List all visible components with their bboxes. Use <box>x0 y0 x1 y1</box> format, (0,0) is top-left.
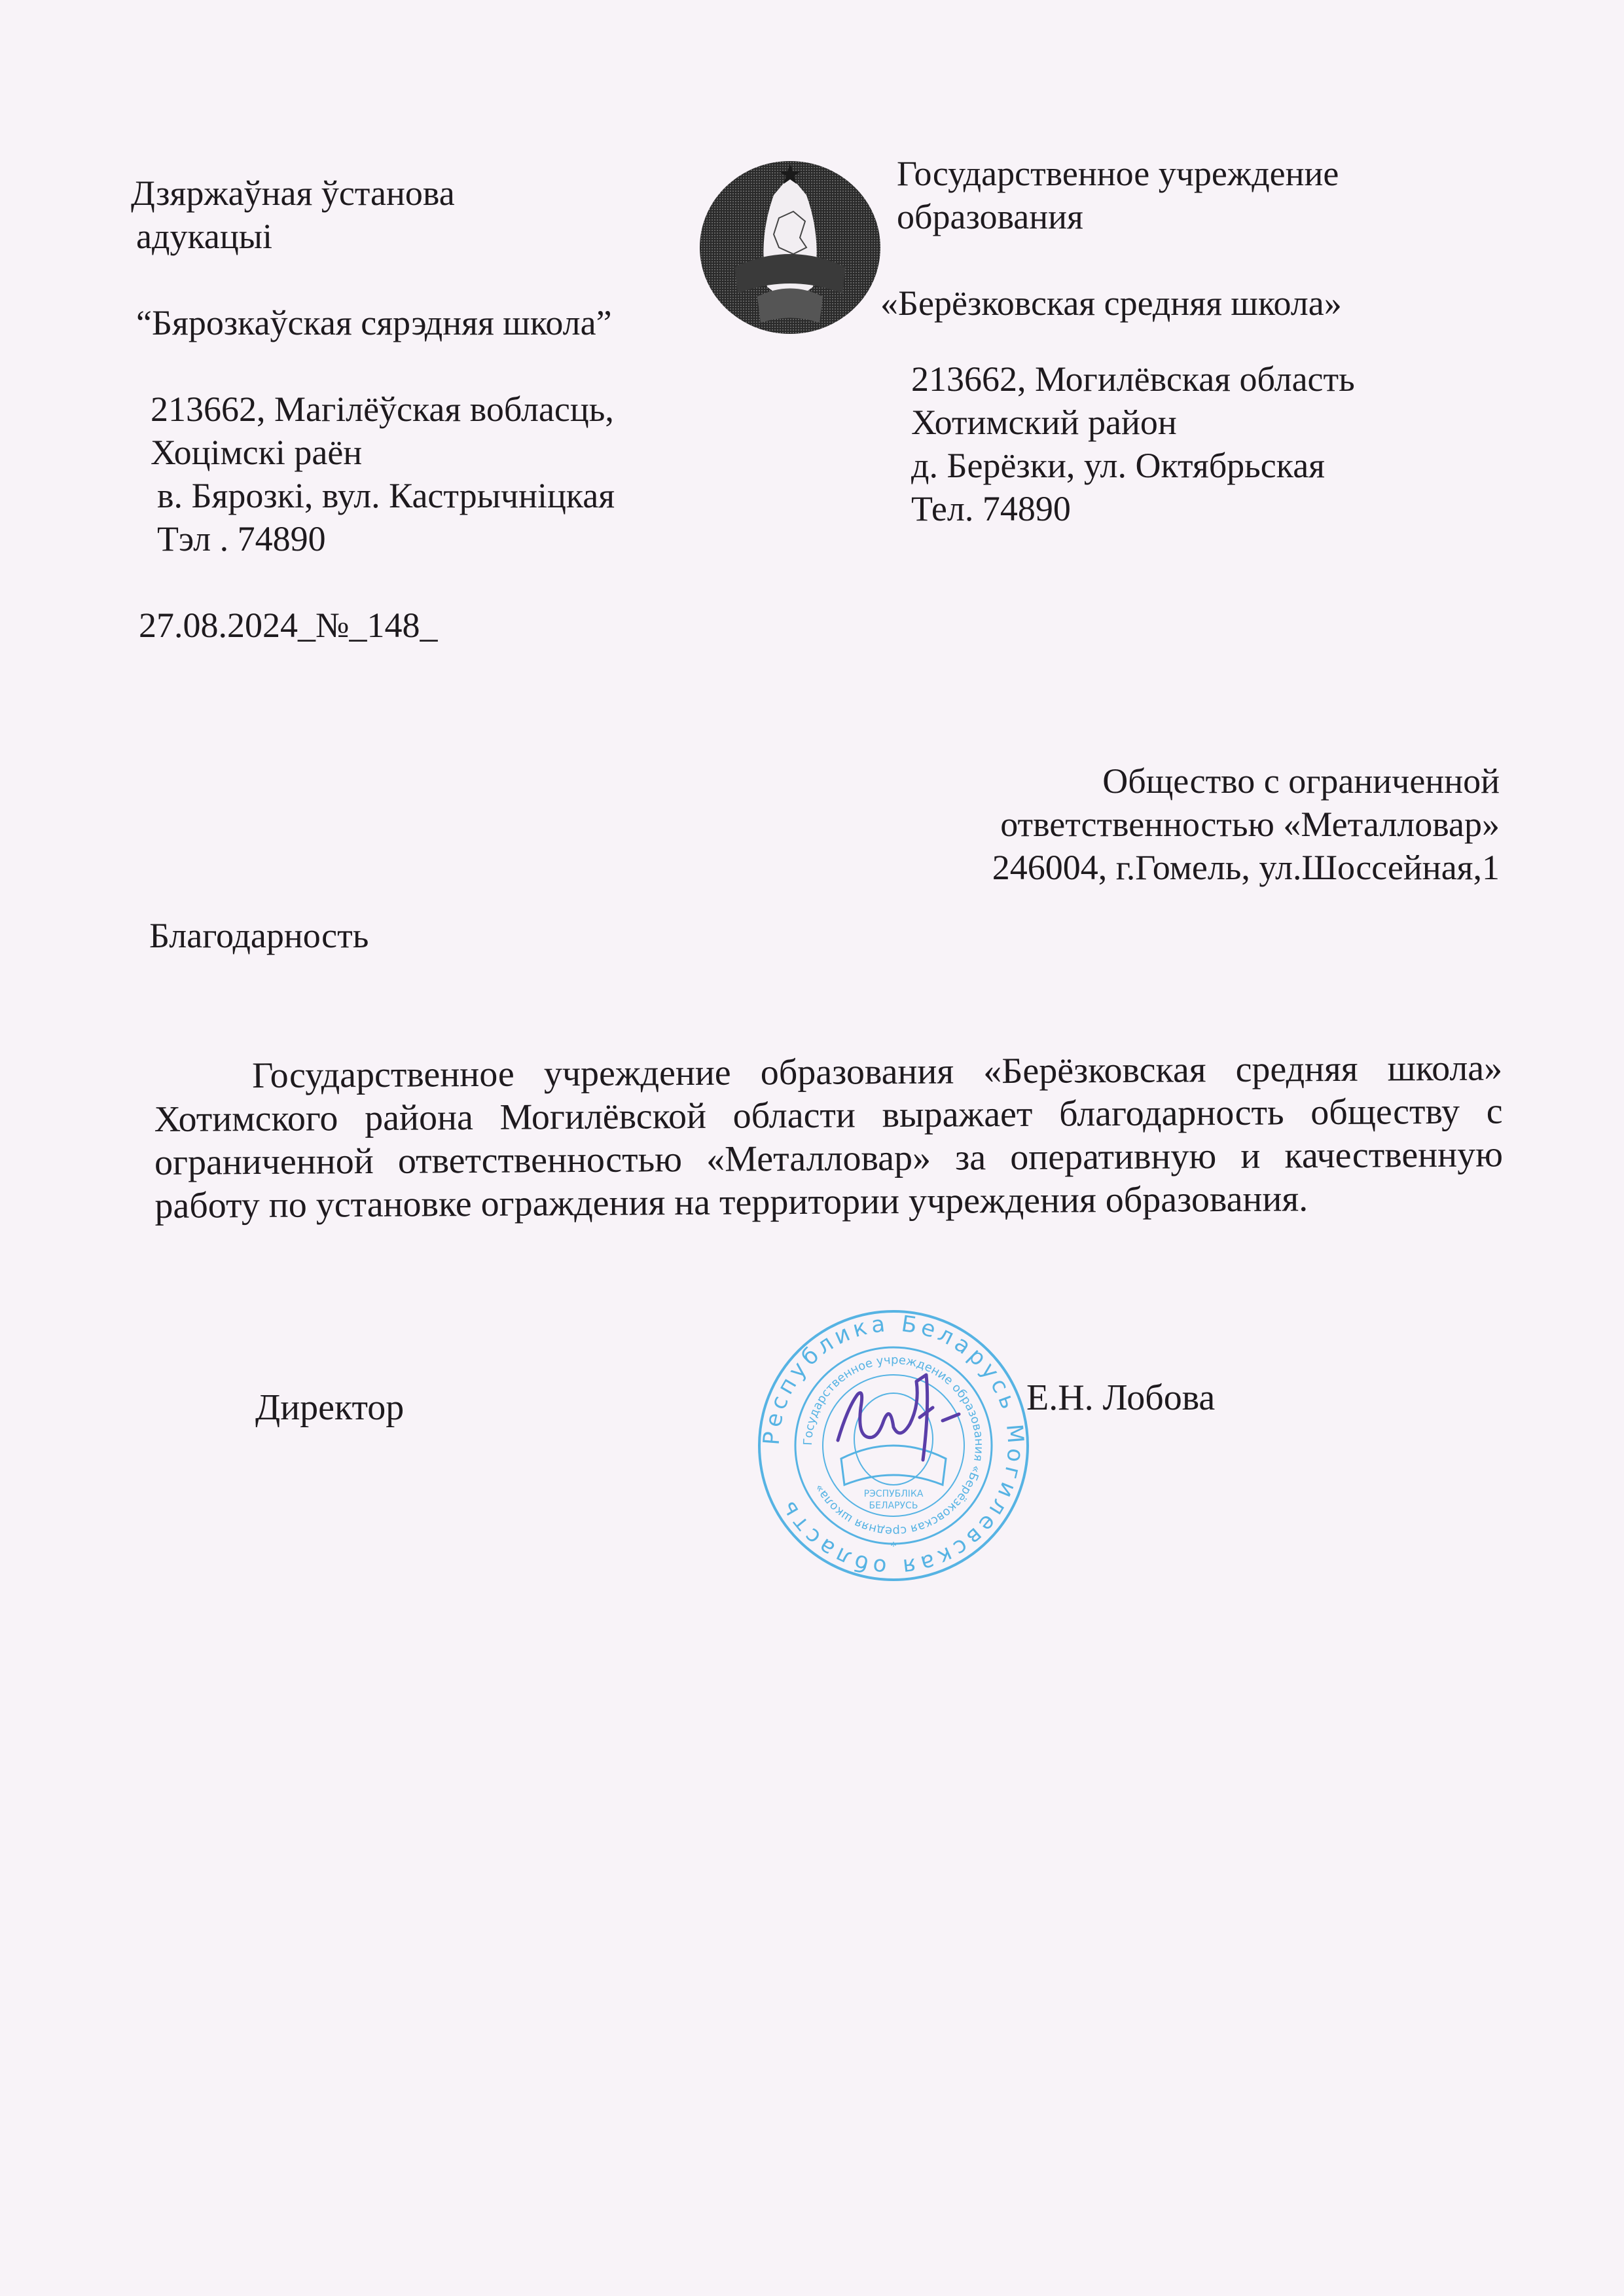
stamp-center-text-2: БЕЛАРУСЬ <box>869 1501 918 1511</box>
address-by-line2: Хоцімскі раён <box>131 431 615 474</box>
address-ru-line3: д. Берёзки, ул. Октябрьская <box>897 444 1355 487</box>
letter-subject: Благодарность <box>149 915 369 956</box>
recipient-line2: ответственностью «Металловар» <box>992 803 1500 846</box>
svg-text:*: * <box>890 1539 897 1554</box>
letter-body: Государственное учреждение образования «… <box>154 1046 1504 1228</box>
stamp-center-text-1: РЭСПУБЛІКА <box>864 1489 924 1499</box>
date-number: 27.08.2024_№_148_ <box>131 604 615 647</box>
address-by-line1: 213662, Магілёўская вобласць, <box>131 388 615 431</box>
letterhead-right: Государственное учреждение образования «… <box>897 152 1355 530</box>
address-by-line3: в. Бярозкі, вул. Кастрычніцкая <box>131 474 615 517</box>
letter-page: Дзяржаўная ўстанова адукацыі “Бярозкаўск… <box>0 0 1624 2296</box>
recipient-address: 246004, г.Гомель, ул.Шоссейная,1 <box>992 846 1500 889</box>
org-name-ru-line1: Государственное учреждение <box>897 152 1355 195</box>
org-name-by-line2: адукацыі <box>131 215 615 258</box>
letterhead-left: Дзяржаўная ўстанова адукацыі “Бярозкаўск… <box>131 172 615 647</box>
org-name-ru-line2: образования <box>897 195 1355 238</box>
phone-by: Тэл . 74890 <box>131 517 615 560</box>
school-name-by: “Бярозкаўская сярэдняя школа” <box>131 301 615 344</box>
signatory-name: Е.Н. Лобова <box>1026 1377 1215 1419</box>
signatory-title: Директор <box>255 1387 404 1429</box>
address-ru-line1: 213662, Могилёвская область <box>897 357 1355 401</box>
handwritten-signature-icon <box>828 1368 972 1467</box>
recipient-line1: Общество с ограниченной <box>992 759 1500 803</box>
phone-ru: Тел. 74890 <box>897 487 1355 530</box>
org-name-by-line1: Дзяржаўная ўстанова <box>131 172 615 215</box>
school-name-ru: «Берёзковская средняя школа» <box>880 282 1355 325</box>
address-ru-line2: Хотимский район <box>897 401 1355 444</box>
coat-of-arms-icon <box>695 156 885 339</box>
recipient-block: Общество с ограниченной ответственностью… <box>992 759 1500 889</box>
